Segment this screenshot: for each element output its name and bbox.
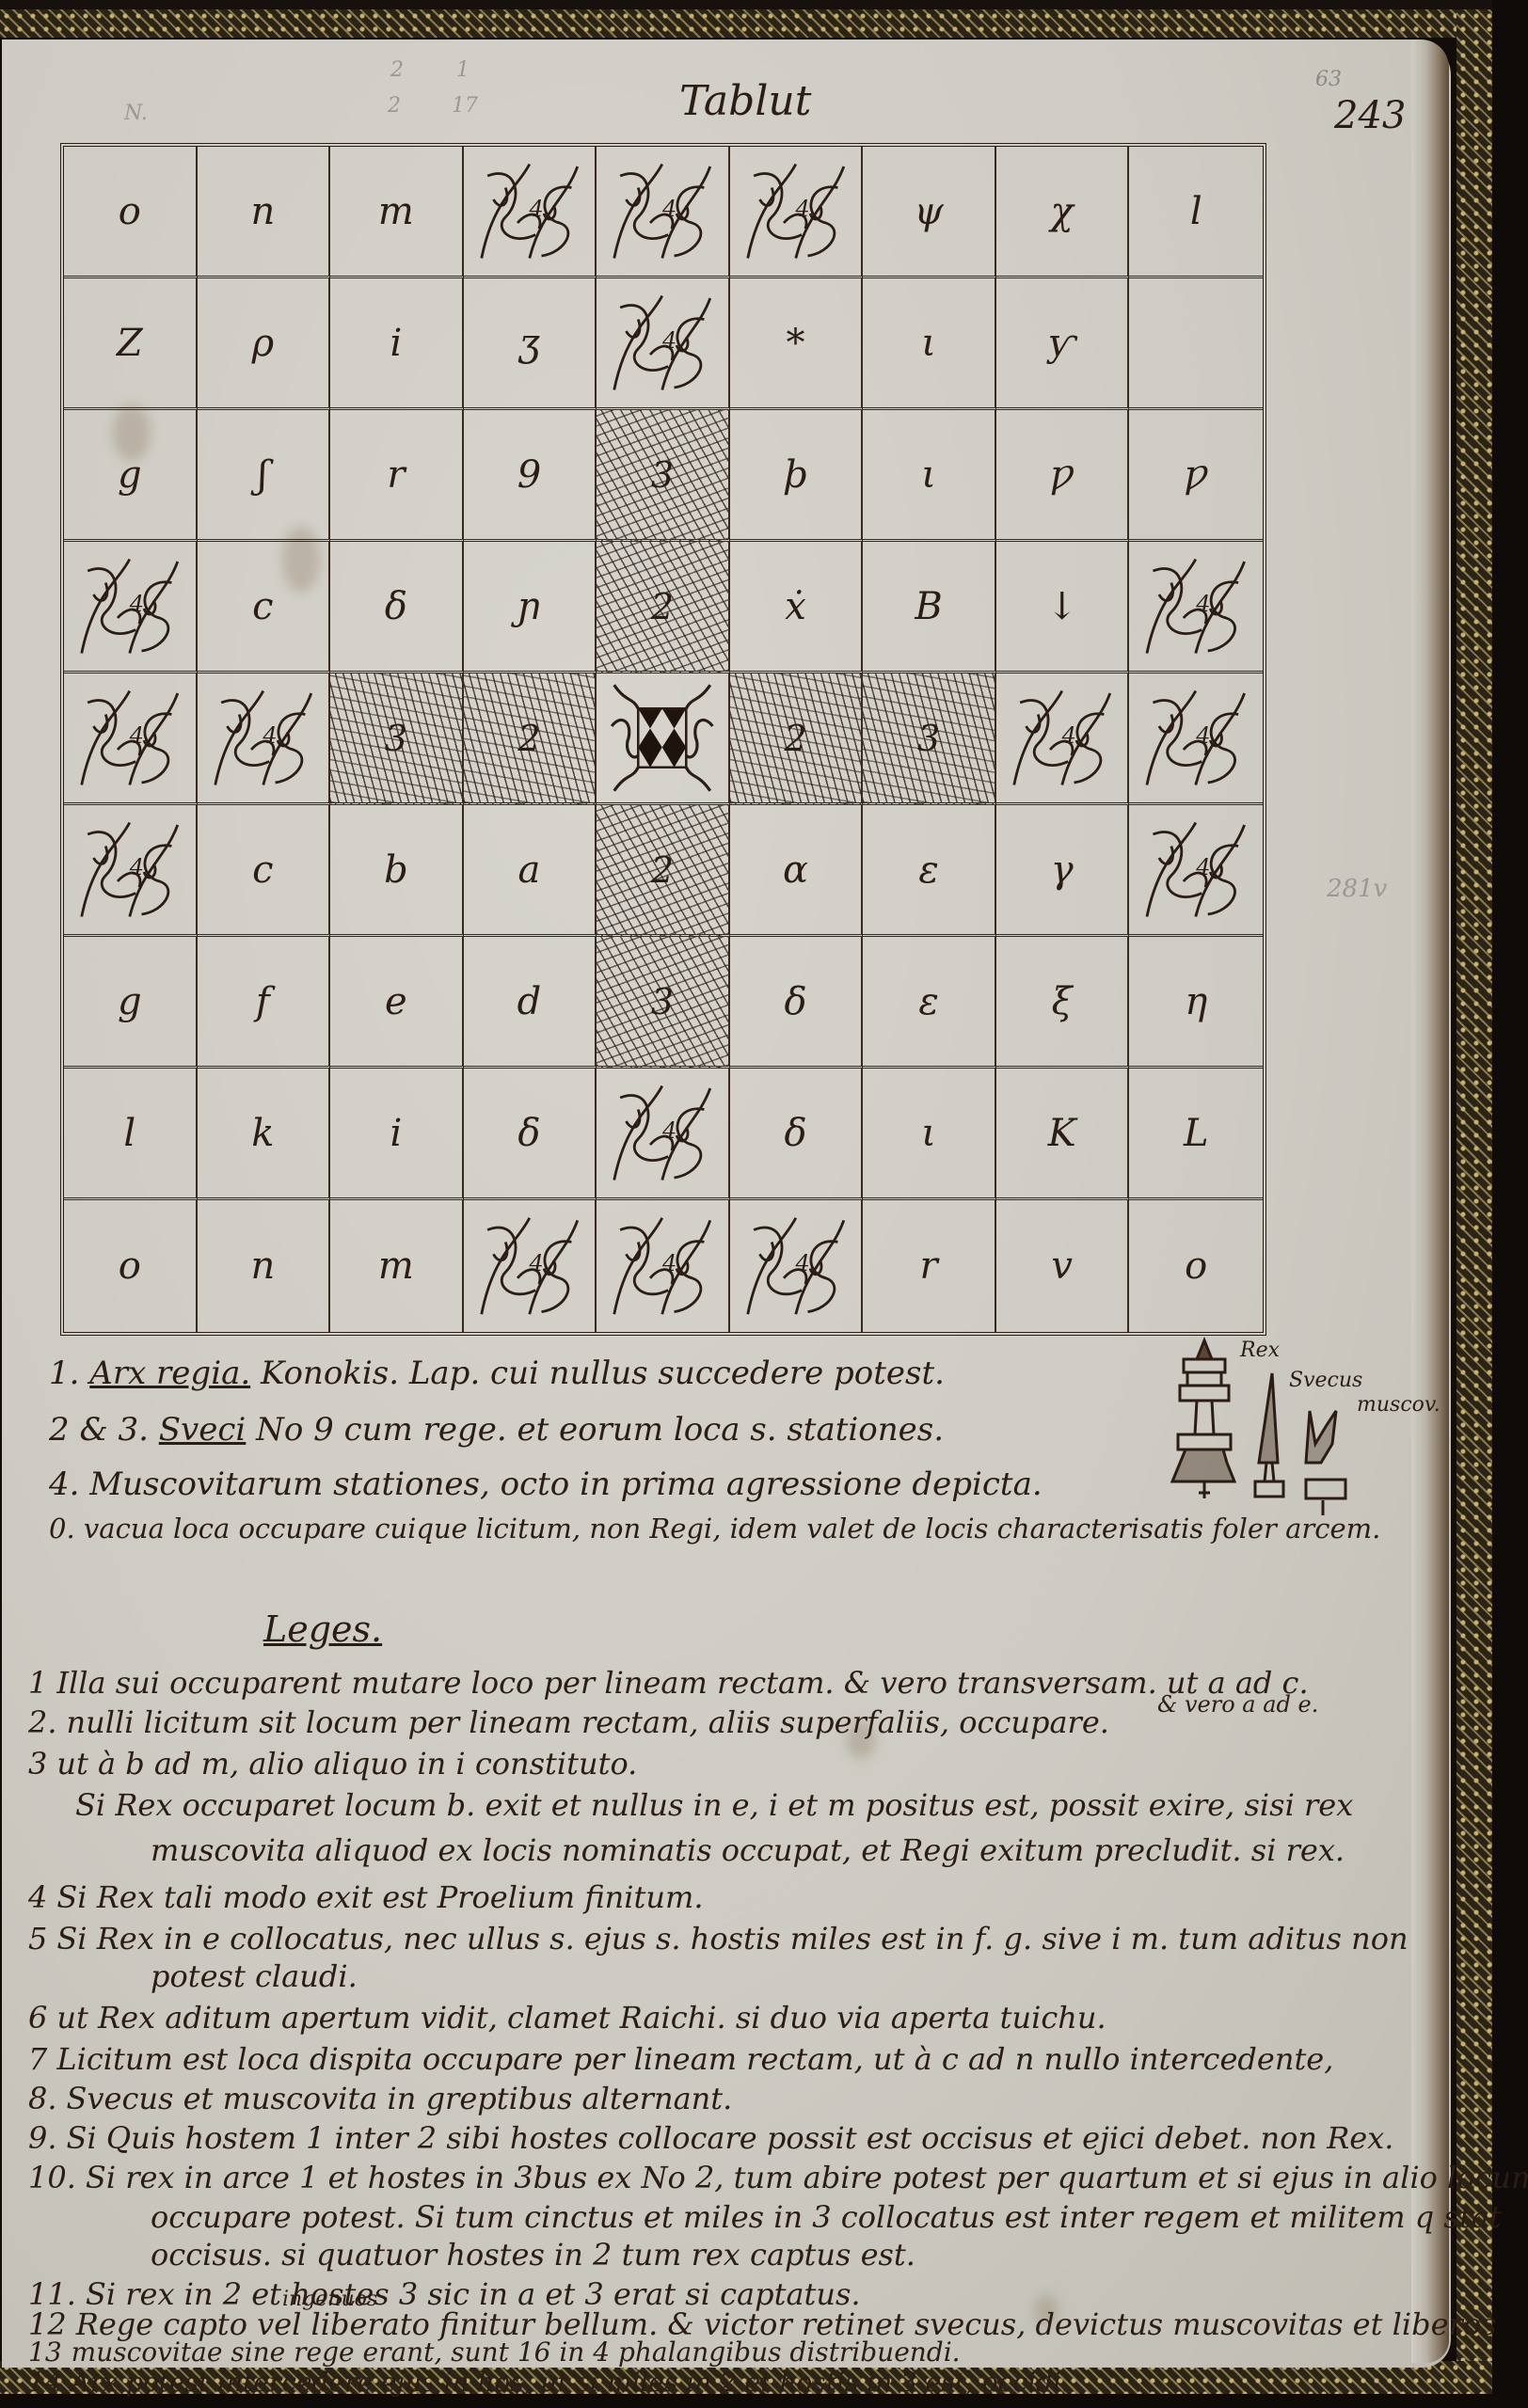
legend-number: 2 & 3.	[49, 1411, 149, 1449]
board-cell: ẋ	[730, 542, 864, 673]
legend-line-1: 1. Arx regia. Konokis. Lap. cui nullus s…	[49, 1354, 945, 1392]
board-cell: 9	[464, 410, 597, 542]
cell-symbol: þ	[784, 453, 808, 497]
rule-number: 2.	[28, 1704, 57, 1740]
legend-text: No 9 cum rege. et eorum loca s. statione…	[256, 1411, 944, 1449]
board-cell: ↓	[996, 542, 1130, 673]
board-cell: ι	[863, 1069, 996, 1200]
board-cell: m	[330, 1200, 464, 1332]
rule-text: occisus. si quatuor hostes in 2 tum rex …	[151, 2237, 915, 2273]
pencil-mark: 1	[456, 58, 470, 82]
station-number: 4	[796, 196, 810, 222]
rule-number: 13	[28, 2337, 62, 2368]
rule-line: 3ut à b ad m, alio aliquo in i constitut…	[28, 1746, 637, 1782]
station-number: 4	[130, 854, 144, 880]
arx-regia-throne-cell	[597, 673, 730, 805]
rule-line: muscovita aliquod ex locis nominatis occ…	[141, 1832, 1345, 1868]
cell-symbol: ↓	[1046, 585, 1078, 628]
pencil-mark: 2	[388, 94, 401, 118]
board-cell: Z	[64, 278, 198, 410]
cell-symbol: 9	[517, 453, 541, 497]
muscovite-station-cell: 4	[464, 147, 597, 278]
cell-symbol: ẋ	[785, 585, 806, 628]
cell-symbol: m	[378, 190, 414, 233]
station-number: 4	[662, 1250, 676, 1276]
svecus-station-cell: 2	[597, 805, 730, 937]
legend-term: Arx regia.	[89, 1354, 250, 1392]
rule-number: 5	[28, 1921, 47, 1956]
station-number: 2	[784, 718, 806, 759]
cell-symbol: *	[787, 322, 805, 365]
folio-number: 243	[1334, 94, 1406, 137]
svecus-station-cell: 3	[330, 673, 464, 805]
station-number: 4	[130, 591, 144, 617]
station-number: 4	[1196, 722, 1210, 749]
muscovite-station-cell: 4	[64, 673, 198, 805]
rule-number: 6	[28, 2000, 47, 2036]
page-edge	[1411, 40, 1449, 2363]
piece-label-rex: Rex	[1240, 1339, 1280, 1362]
svecus-station-cell: 2	[597, 542, 730, 673]
rule-text: Si Quis hostem 1 inter 2 sibi hostes col…	[67, 2120, 1394, 2156]
station-number: 2	[651, 586, 674, 627]
board-cell: l	[64, 1069, 198, 1200]
cell-symbol: ρ	[252, 322, 275, 365]
muscovite-station-cell: 4	[597, 1069, 730, 1200]
cell-symbol: c	[252, 848, 273, 892]
rule-number: 9.	[28, 2120, 57, 2156]
cell-symbol: η	[1185, 980, 1207, 1023]
binding-frame-right	[1492, 0, 1528, 2408]
rule-number: 1	[28, 1665, 47, 1701]
rule-text: occupare potest. Si tum cinctus et miles…	[151, 2199, 1502, 2235]
cell-symbol: n	[250, 1244, 275, 1288]
board-cell: ʃ	[198, 410, 331, 542]
muscovite-station-cell: 4	[597, 1200, 730, 1332]
rule-line: 14Arx potest intercedere ejus in hos, ut…	[28, 2367, 1070, 2398]
rule-number: 10.	[28, 2160, 76, 2195]
gilt-border-top	[0, 9, 1468, 38]
rule-line: 9.Si Quis hostem 1 inter 2 sibi hostes c…	[28, 2120, 1393, 2156]
cell-symbol: i	[390, 1112, 402, 1155]
board-cell: γ	[996, 805, 1130, 937]
board-cell: ε	[863, 805, 996, 937]
svecus-station-cell: 2	[730, 673, 864, 805]
station-number: 4	[1196, 591, 1210, 617]
rule-text: ingenuos	[282, 2288, 377, 2311]
cell-symbol: a	[518, 848, 541, 892]
board-cell: ƿ	[1129, 410, 1263, 542]
muscovite-station-cell: 4	[597, 278, 730, 410]
cell-symbol: ɲ	[517, 585, 542, 628]
rule-line: 7Licitum est loca dispita occupare per l…	[28, 2041, 1333, 2077]
board-cell: b	[330, 805, 464, 937]
board-cell: m	[330, 147, 464, 278]
rule-text: nulli licitum sit locum per lineam recta…	[67, 1704, 1109, 1740]
rule-text: Illa sui occuparent mutare loco per line…	[56, 1665, 1308, 1701]
board-cell: ξ	[996, 937, 1130, 1069]
board-cell: d	[464, 937, 597, 1069]
muscovite-station-cell: 4	[597, 147, 730, 278]
board-cell: ρ	[198, 278, 331, 410]
board-cell: ι	[863, 410, 996, 542]
board-cell: v	[996, 1200, 1130, 1332]
board-cell: f	[198, 937, 331, 1069]
board-cell: δ	[730, 937, 864, 1069]
cell-symbol: ι	[921, 322, 936, 365]
station-number: 4	[796, 1250, 810, 1276]
rule-number: 8.	[28, 2081, 57, 2116]
board-cell: ε	[863, 937, 996, 1069]
cell-symbol: n	[250, 190, 275, 233]
cell-symbol: χ	[1051, 190, 1074, 233]
pencil-mark: N.	[124, 102, 148, 125]
cell-symbol: ψ	[914, 190, 943, 233]
muscovite-station-cell: 4	[730, 147, 864, 278]
station-number: 4	[662, 327, 676, 354]
board-cell: g	[64, 937, 198, 1069]
board-cell: r	[863, 1200, 996, 1332]
cell-symbol: δ	[785, 980, 807, 1023]
tablut-board: onm444ψχlZρiʒ4*ιƴgʃr93þιƿƿ4cẟɲ2ẋB↓444322…	[60, 143, 1266, 1336]
rule-line: 5Si Rex in e collocatus, nec ullus s. ej…	[28, 1921, 1409, 1956]
rule-number: 4	[28, 1879, 47, 1915]
rule-number: 3	[28, 1746, 47, 1782]
board-cell: n	[198, 147, 331, 278]
svecus-station-cell: 3	[597, 410, 730, 542]
board-cell: η	[1129, 937, 1263, 1069]
station-number: 4	[1196, 854, 1210, 880]
muscovite-station-cell: 4	[464, 1200, 597, 1332]
piece-label-muscovita: muscov.	[1357, 1393, 1440, 1417]
board-cell: ψ	[863, 147, 996, 278]
station-number: 4	[662, 196, 676, 222]
cell-symbol: B	[915, 585, 942, 628]
station-number: 3	[917, 718, 940, 759]
cell-symbol: c	[252, 585, 273, 628]
legend-term: Sveci	[159, 1411, 247, 1449]
cell-symbol: ƿ	[1185, 453, 1208, 497]
station-number: 2	[517, 718, 540, 759]
station-number: 4	[263, 722, 277, 749]
board-cell: o	[64, 1200, 198, 1332]
board-cell: ι	[863, 278, 996, 410]
rule-text: muscovitae sine rege erant, sunt 16 in 4…	[72, 2337, 961, 2368]
station-number: 4	[529, 1250, 543, 1276]
board-cell: i	[330, 278, 464, 410]
rule-text: Si Rex occuparet locum b. exit et nullus…	[75, 1787, 1353, 1823]
board-cell: l	[1129, 147, 1263, 278]
legend-text: Konokis. Lap. cui nullus succedere potes…	[261, 1354, 945, 1392]
station-number: 2	[651, 849, 674, 891]
rule-line: 4Si Rex tali modo exit est Proelium fini…	[28, 1879, 703, 1915]
muscovite-station-cell: 4	[730, 1200, 864, 1332]
board-cell: e	[330, 937, 464, 1069]
piece-label-svecus: Svecus	[1289, 1369, 1362, 1392]
cell-symbol: i	[390, 322, 402, 365]
rule-line: occisus. si quatuor hostes in 2 tum rex …	[141, 2237, 915, 2273]
rule-text: ut à b ad m, alio aliquo in i constituto…	[56, 1746, 637, 1782]
board-cell: *	[730, 278, 864, 410]
rule-text: Si rex in arce 1 et hostes in 3bus ex No…	[86, 2160, 1528, 2195]
cell-symbol: e	[385, 980, 407, 1023]
station-number: 4	[662, 1117, 676, 1144]
board-cell: ƴ	[996, 278, 1130, 410]
muscovite-station-cell: 4	[996, 673, 1130, 805]
cell-symbol: m	[378, 1244, 414, 1288]
cell-symbol: v	[1051, 1244, 1073, 1288]
board-cell: o	[1129, 1200, 1263, 1332]
rule-text: Arx potest intercedere ejus in hos, ut s…	[72, 2367, 1070, 2398]
svecus-station-cell: 3	[863, 673, 996, 805]
station-number: 3	[385, 718, 407, 759]
legend-number: 4.	[49, 1465, 79, 1503]
board-cell: B	[863, 542, 996, 673]
cell-symbol: ε	[918, 980, 938, 1023]
cell-symbol: b	[384, 848, 408, 892]
cell-symbol: g	[118, 453, 142, 497]
station-number: 3	[651, 981, 674, 1022]
muscovite-station-cell: 4	[1129, 673, 1263, 805]
rule-note: & vero a ad e.	[1157, 1691, 1318, 1718]
cell-symbol: ẟ	[785, 1112, 807, 1155]
board-cell: ẟ	[730, 1069, 864, 1200]
board-cell: o	[64, 147, 198, 278]
legend-number: 0.	[49, 1513, 75, 1545]
rule-line: 1Illa sui occuparent mutare loco per lin…	[28, 1665, 1309, 1701]
board-cell: α	[730, 805, 864, 937]
cell-symbol: k	[251, 1112, 274, 1155]
rule-text: Licitum est loca dispita occupare per li…	[56, 2041, 1333, 2077]
rule-text: Si Rex in e collocatus, nec ullus s. eju…	[56, 1921, 1408, 1956]
muscovite-station-cell: 4	[1129, 542, 1263, 673]
folio-pencil-number: 63	[1315, 68, 1342, 91]
cell-symbol: ι	[921, 1112, 936, 1155]
board-cell: ʒ	[464, 278, 597, 410]
rules-title: Leges.	[263, 1608, 382, 1650]
cell-symbol: d	[517, 980, 542, 1023]
board-cell: K	[996, 1069, 1130, 1200]
cell-symbol: o	[119, 1244, 141, 1288]
piece-drawings-icon	[1138, 1331, 1421, 1519]
pencil-mark: 2	[390, 58, 404, 82]
rule-number: 7	[28, 2041, 47, 2077]
station-number: 4	[529, 196, 543, 222]
rule-text: Svecus et muscovita in greptibus alterna…	[67, 2081, 733, 2116]
muscovite-station-cell: 4	[64, 805, 198, 937]
cell-symbol: ι	[921, 453, 936, 497]
cell-symbol: r	[920, 1244, 938, 1288]
cell-symbol: ʒ	[518, 322, 540, 365]
board-cell: ƿ	[996, 410, 1130, 542]
cell-symbol: ʃ	[258, 453, 268, 497]
cell-symbol: ε	[918, 848, 938, 892]
cell-symbol: f	[256, 980, 270, 1023]
svecus-station-cell: 2	[464, 673, 597, 805]
cell-symbol: r	[387, 453, 405, 497]
board-cell: r	[330, 410, 464, 542]
station-number: 4	[130, 722, 144, 749]
rule-line: 8.Svecus et muscovita in greptibus alter…	[28, 2081, 732, 2116]
cell-symbol: γ	[1051, 848, 1074, 892]
rule-line: 2.nulli licitum sit locum per lineam rec…	[28, 1704, 1109, 1740]
pencil-mark: 17	[452, 94, 478, 118]
cell-symbol: Z	[117, 322, 143, 365]
board-cell: þ	[730, 410, 864, 542]
rule-text: muscovita aliquod ex locis nominatis occ…	[151, 1832, 1345, 1868]
board-cell: k	[198, 1069, 331, 1200]
rule-line: potest claudi.	[141, 1958, 358, 1994]
rule-line: 6ut Rex aditum apertum vidit, clamet Rai…	[28, 2000, 1106, 2036]
board-cell	[1129, 278, 1263, 410]
rule-line: Si Rex occuparet locum b. exit et nullus…	[66, 1787, 1353, 1823]
cell-symbol: l	[1190, 190, 1202, 233]
cell-symbol: ẟ	[385, 585, 407, 628]
rule-text: potest claudi.	[151, 1958, 358, 1994]
rule-line: occupare potest. Si tum cinctus et miles…	[141, 2199, 1502, 2235]
board-cell: χ	[996, 147, 1130, 278]
legend-text: Muscovitarum stationes, octo in prima ag…	[89, 1465, 1042, 1503]
board-cell: a	[464, 805, 597, 937]
legend-line-3: 4. Muscovitarum stationes, octo in prima…	[49, 1465, 1043, 1503]
board-cell: ẟ	[464, 1069, 597, 1200]
gilt-border-right	[1456, 9, 1492, 2389]
cell-symbol: o	[119, 190, 141, 233]
cell-symbol: g	[118, 980, 142, 1023]
board-cell: c	[198, 805, 331, 937]
rule-line: ingenuos	[273, 2288, 377, 2311]
board-cell: ẟ	[330, 542, 464, 673]
muscovite-station-cell: 4	[64, 542, 198, 673]
rule-text: Si Rex tali modo exit est Proelium finit…	[56, 1879, 703, 1915]
cell-symbol: o	[1185, 1244, 1207, 1288]
cell-symbol: ƴ	[1048, 322, 1076, 365]
svecus-station-cell: 3	[597, 937, 730, 1069]
board-cell: n	[198, 1200, 331, 1332]
rule-text: ut Rex aditum apertum vidit, clamet Raic…	[56, 2000, 1106, 2036]
manuscript-title: Tablut	[679, 77, 811, 125]
station-number: 4	[1062, 722, 1076, 749]
station-number: 3	[651, 454, 674, 496]
board-cell: i	[330, 1069, 464, 1200]
pencil-mark: 281v	[1327, 875, 1387, 903]
cell-symbol: ƿ	[1050, 453, 1074, 497]
cell-symbol: L	[1184, 1112, 1209, 1155]
cell-symbol: α	[783, 848, 808, 892]
legend-number: 1.	[49, 1354, 79, 1392]
cell-symbol: ẟ	[517, 1112, 540, 1155]
rule-line: 10.Si rex in arce 1 et hostes in 3bus ex…	[28, 2160, 1528, 2195]
board-cell: g	[64, 410, 198, 542]
cell-symbol: l	[123, 1112, 135, 1155]
rule-line: 13muscovitae sine rege erant, sunt 16 in…	[28, 2337, 961, 2368]
board-cell: ɲ	[464, 542, 597, 673]
board-cell: c	[198, 542, 331, 673]
cell-symbol: K	[1048, 1112, 1076, 1155]
legend-line-2: 2 & 3. Sveci No 9 cum rege. et eorum loc…	[49, 1411, 944, 1449]
muscovite-station-cell: 4	[198, 673, 331, 805]
rule-number: 14	[28, 2367, 62, 2398]
piece-sketches: Rex Svecus muscov.	[1138, 1331, 1421, 1519]
muscovite-station-cell: 4	[1129, 805, 1263, 937]
cell-symbol: ξ	[1052, 980, 1073, 1023]
board-cell: L	[1129, 1069, 1263, 1200]
